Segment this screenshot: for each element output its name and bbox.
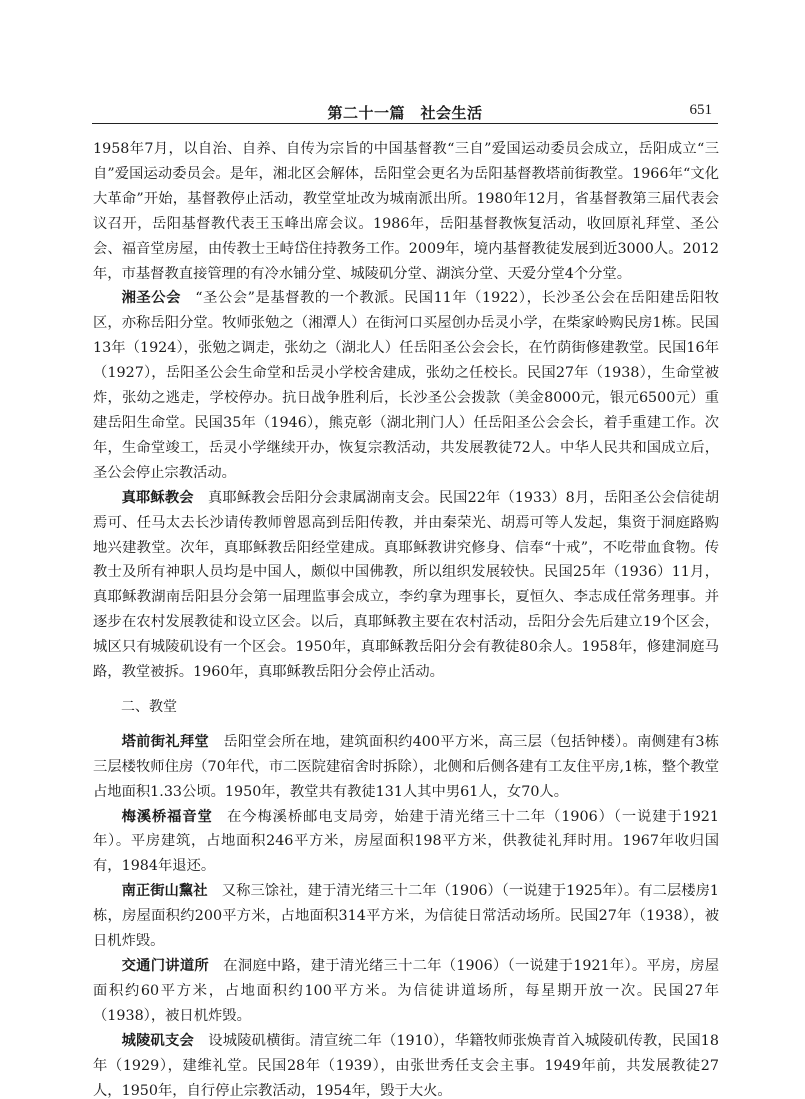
header-rule <box>92 123 718 124</box>
entry-term: 真耶稣教会 <box>122 490 194 506</box>
paragraph-text: 1958年7月，以自治、自养、自传为宗旨的中国基督教“三自”爱国运动委员会成立，… <box>93 141 719 282</box>
church-entry: 南正街山黧社又称三馀社，建于清光绪三十二年（1906）（一说建于1925年）。有… <box>93 879 719 954</box>
church-entry: 城陵矶支会设城陵矶横街。清宣统二年（1910），华籍牧师张焕青首入城陵矶传教，民… <box>93 1029 719 1099</box>
entry-term: 城陵矶支会 <box>122 1033 194 1049</box>
paragraph-text: “圣公会”是基督教的一个教派。民国11年（1922），长沙圣公会在岳阳建岳阳牧区… <box>93 290 719 480</box>
section-heading: 二、教堂 <box>93 695 719 720</box>
running-header: 第二十一篇 社会生活 651 <box>92 102 718 124</box>
paragraph-text: 真耶稣教会岳阳分会隶属湖南支会。民国22年（1933）8月，岳阳圣公会信徒胡焉可… <box>93 490 719 680</box>
chapter-title: 第二十一篇 社会生活 <box>92 102 718 123</box>
entry-term: 交通门讲道所 <box>122 958 209 974</box>
church-entry: 交通门讲道所在洞庭中路，建于清光绪三十二年（1906）（一说建于1921年）。平… <box>93 954 719 1029</box>
page-body: 1958年7月，以自治、自养、自传为宗旨的中国基督教“三自”爱国运动委员会成立，… <box>93 137 719 1099</box>
entry-term: 南正街山黧社 <box>122 883 208 899</box>
entry-term: 湘圣公会 <box>122 290 181 306</box>
church-entry: 塔前街礼拜堂岳阳堂会所在地，建筑面积约400平方米，高三层（包括钟楼）。南侧建有… <box>93 730 719 805</box>
paragraph-true-jesus-church: 真耶稣教会真耶稣教会岳阳分会隶属湖南支会。民国22年（1933）8月，岳阳圣公会… <box>93 486 719 685</box>
entry-term: 塔前街礼拜堂 <box>122 734 209 750</box>
paragraph-intro: 1958年7月，以自治、自养、自传为宗旨的中国基督教“三自”爱国运动委员会成立，… <box>93 137 719 286</box>
paragraph-anglican: 湘圣公会“圣公会”是基督教的一个教派。民国11年（1922），长沙圣公会在岳阳建… <box>93 286 719 485</box>
church-entry: 梅溪桥福音堂在今梅溪桥邮电支局旁，始建于清光绪三十二年（1906）（一说建于19… <box>93 805 719 880</box>
page-number: 651 <box>690 102 713 119</box>
entry-term: 梅溪桥福音堂 <box>122 809 213 825</box>
